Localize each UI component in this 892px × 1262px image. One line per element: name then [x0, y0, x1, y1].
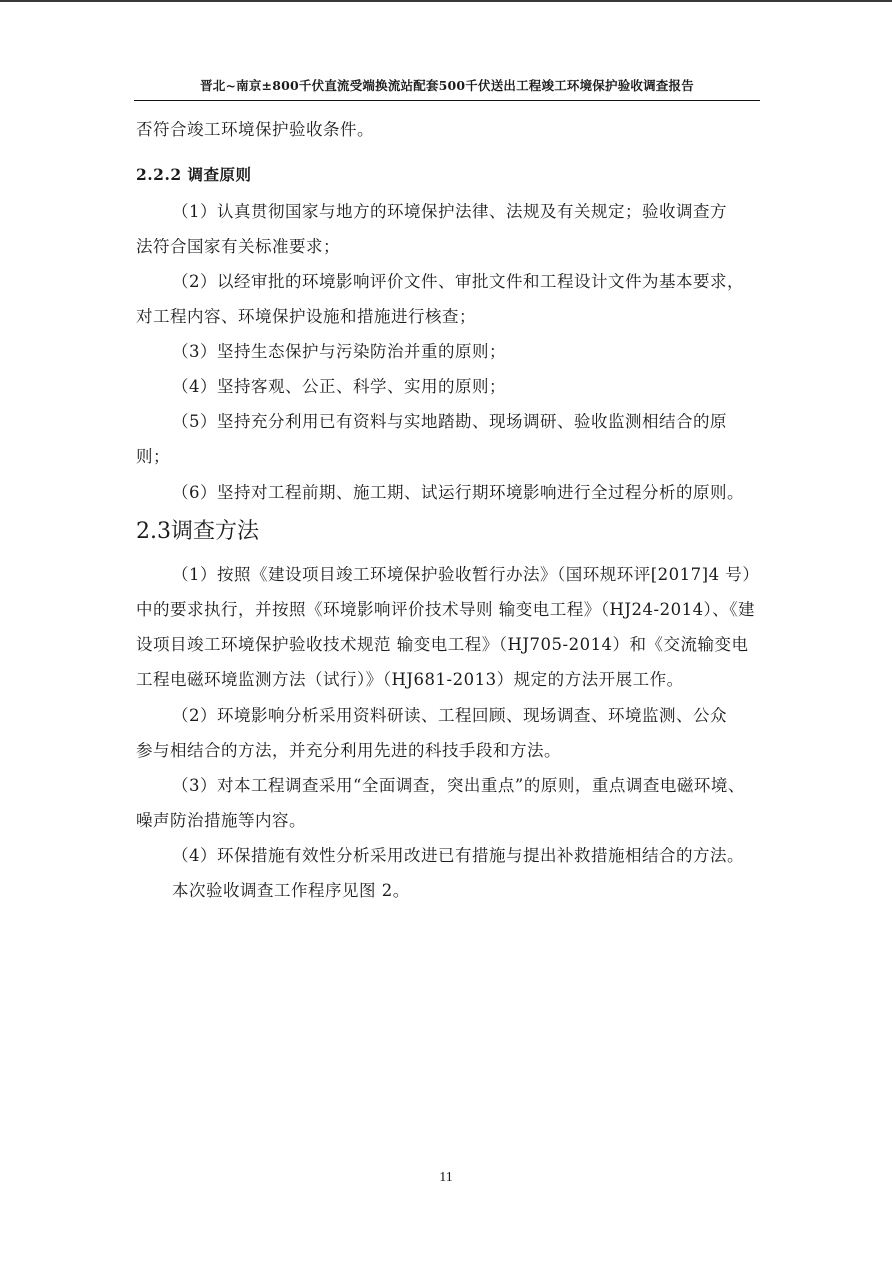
paragraph-line: （5）坚持充分利用已有资料与实地踏勘、现场调研、验收监测相结合的原: [172, 408, 727, 432]
paragraph-line: （1）认真贯彻国家与地方的环境保护法律、法规及有关规定；验收调查方: [172, 198, 727, 222]
paragraph-line: （2）以经审批的环境影响评价文件、审批文件和工程设计文件为基本要求，: [172, 268, 744, 292]
page-number: 11: [0, 1170, 892, 1186]
paragraph-line: 对工程内容、环境保护设施和措施进行核查；: [136, 303, 476, 327]
section-heading-2-2-2: 2.2.2 调查原则: [136, 163, 252, 185]
paragraph-line: （2）环境影响分析采用资料研读、工程回顾、现场调查、环境监测、公众: [172, 702, 727, 726]
paragraph-line: （1）按照《建设项目竣工环境保护验收暂行办法》（国环规环评[2017]4 号）: [172, 561, 759, 585]
page-top-border: [0, 0, 892, 2]
header-rule: [134, 100, 760, 101]
paragraph-line: （3）坚持生态保护与污染防治并重的原则；: [172, 338, 506, 362]
paragraph-line: 法符合国家有关标准要求；: [136, 233, 340, 257]
paragraph-line: 设项目竣工环境保护验收技术规范 输变电工程》（HJ705-2014）和《交流输变…: [136, 631, 749, 655]
running-header: 晋北~南京±800千伏直流受端换流站配套500千伏送出工程竣工环境保护验收调查报…: [134, 76, 760, 94]
paragraph-line: （3）对本工程调查采用“全面调查，突出重点”的原则，重点调查电磁环境、: [172, 772, 745, 796]
paragraph-line: 则；: [136, 443, 170, 467]
paragraph-line: 工程电磁环境监测方法（试行）》（HJ681-2013）规定的方法开展工作。: [136, 666, 684, 690]
paragraph-line: 噪声防治措施等内容。: [136, 807, 306, 831]
carryover-text: 否符合竣工环境保护验收条件。: [136, 116, 374, 140]
paragraph-line: （4）坚持客观、公正、科学、实用的原则；: [172, 373, 506, 397]
paragraph-line: （4）环保措施有效性分析采用改进已有措施与提出补救措施相结合的方法。: [172, 842, 744, 866]
paragraph-line: （6）坚持对工程前期、施工期、试运行期环境影响进行全过程分析的原则。: [172, 479, 744, 503]
paragraph-line: 中的要求执行，并按照《环境影响评价技术导则 输变电工程》（HJ24-2014）、…: [136, 596, 755, 620]
paragraph-line: 本次验收调查工作程序见图 2。: [172, 877, 410, 901]
section-heading-2-3: 2.3调查方法: [136, 514, 259, 545]
paragraph-line: 参与相结合的方法，并充分利用先进的科技手段和方法。: [136, 737, 561, 761]
